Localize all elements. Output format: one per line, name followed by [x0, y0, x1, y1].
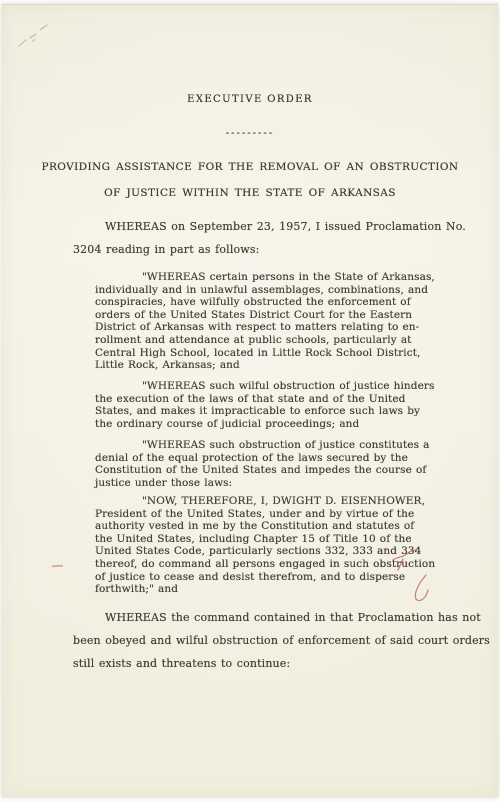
document-title-line1: PROVIDING ASSISTANCE FOR THE REMOVAL OF …	[2, 161, 498, 173]
document-page: EXECUTIVE ORDER --------- PROVIDING ASSI…	[2, 4, 498, 797]
pencil-scribble-mark	[14, 14, 56, 56]
quoted-paragraph-3: "WHEREAS such obstruction of justice con…	[95, 439, 429, 489]
closing-paragraph: WHEREAS the command contained in that Pr…	[73, 606, 490, 675]
quoted-paragraph-4: "NOW, THEREFORE, I, DWIGHT D. EISENHOWER…	[95, 495, 435, 596]
quoted-paragraph-2: "WHEREAS such wilful obstruction of just…	[95, 380, 435, 430]
red-tick-mark	[396, 558, 406, 572]
separator-dashes: ---------	[2, 128, 498, 139]
quoted-paragraph-1: "WHEREAS certain persons in the State of…	[95, 271, 435, 372]
executive-order-heading: EXECUTIVE ORDER	[2, 94, 498, 105]
scan-background: EXECUTIVE ORDER --------- PROVIDING ASSI…	[0, 0, 500, 802]
document-title-line2: OF JUSTICE WITHIN THE STATE OF ARKANSAS	[2, 187, 498, 199]
red-checkmark	[411, 573, 435, 605]
intro-paragraph: WHEREAS on September 23, 1957, I issued …	[73, 216, 466, 261]
red-dash-mark	[52, 565, 63, 567]
